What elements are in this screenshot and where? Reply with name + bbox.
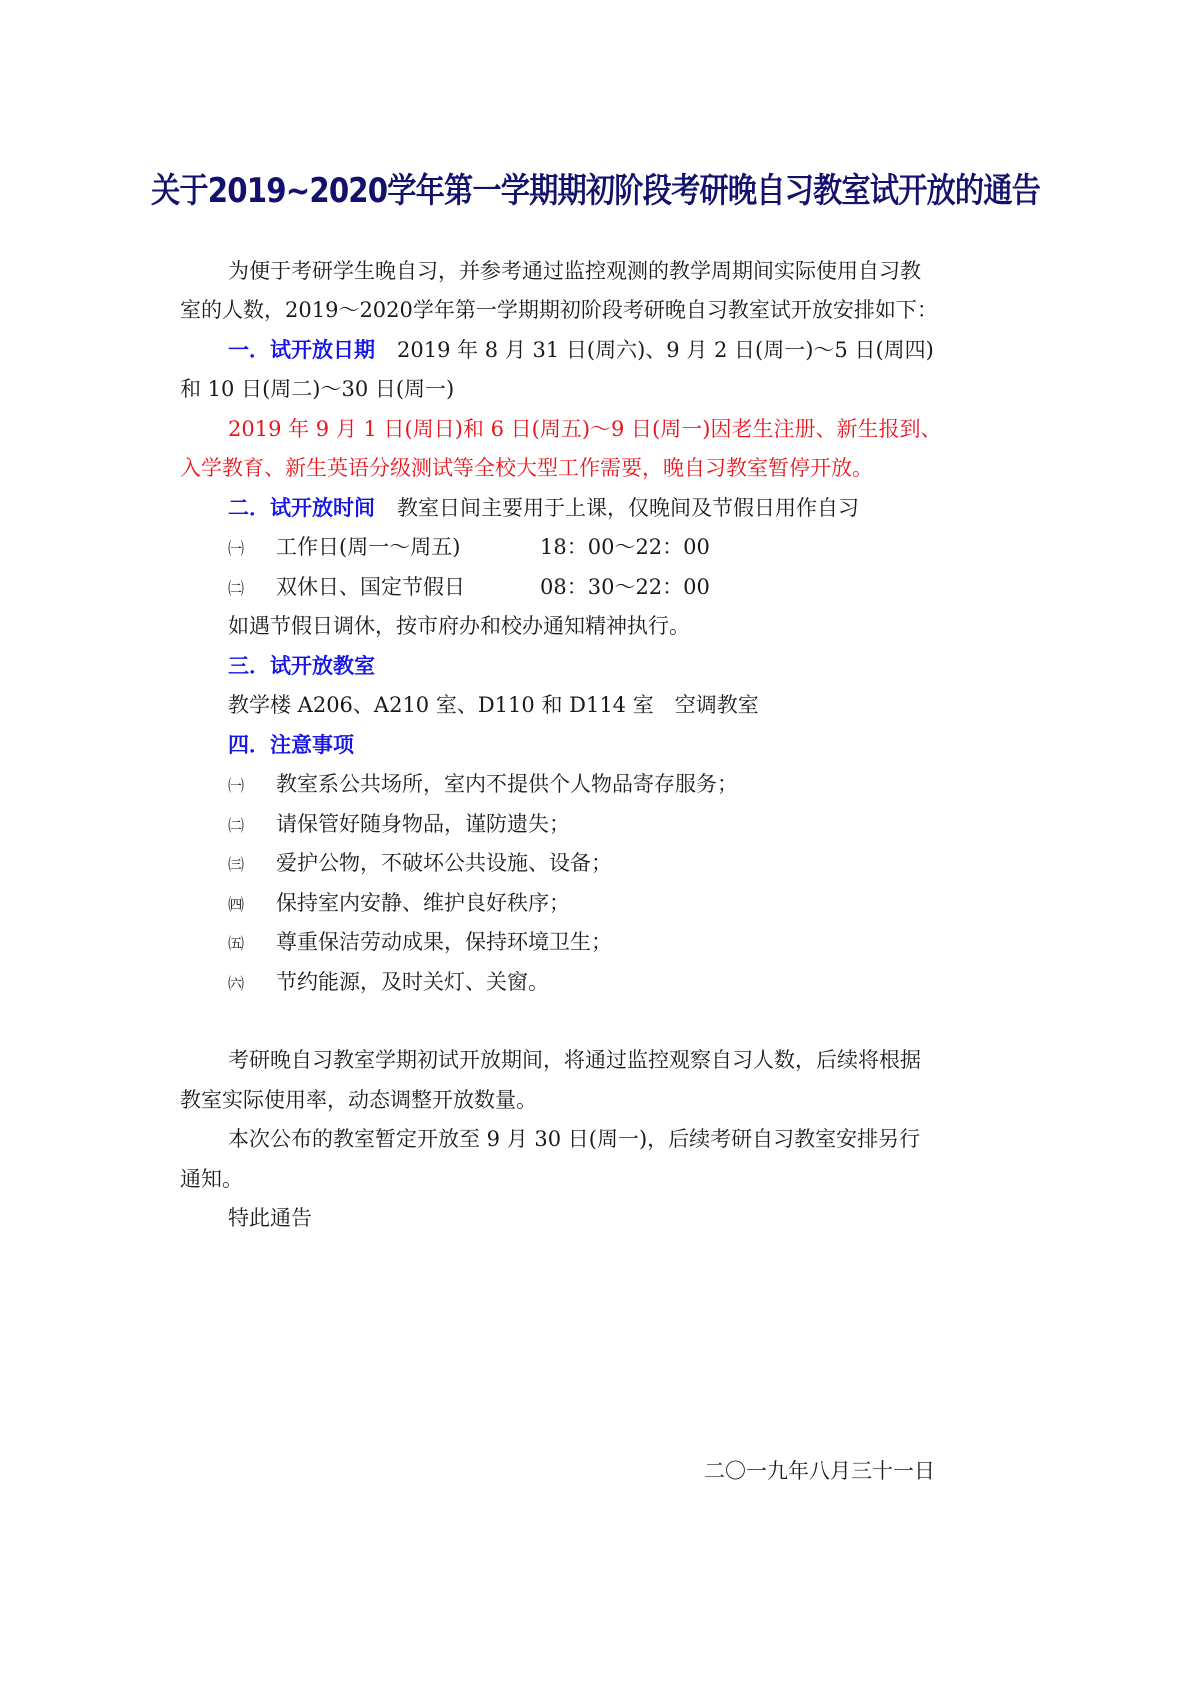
closing-para-3: 特此通告	[228, 1203, 312, 1233]
item-number: ㈡	[228, 811, 276, 841]
schedule-label: 工作日(周一～周五)	[276, 535, 460, 559]
section-1-line: 一．试开放日期2019 年 8 月 31 日(周六)、9 月 2 日(周一)～5…	[228, 335, 934, 365]
rule-text: 爱护公物，不破坏公共设施、设备；	[276, 851, 612, 875]
schedule-time: 08：30～22：00	[540, 572, 710, 602]
rule-item: ㈡请保管好随身物品，谨防遗失；	[228, 809, 570, 841]
document-title: 关于2019~2020学年第一学期期初阶段考研晚自习教室试开放的通告	[83, 163, 1107, 212]
item-number: ㈡	[228, 574, 276, 604]
notice-page: 关于2019~2020学年第一学期期初阶段考研晚自习教室试开放的通告 为便于考研…	[0, 0, 1191, 1684]
suspension-notice-line-1: 2019 年 9 月 1 日(周日)和 6 日(周五)～9 日(周一)因老生注册…	[228, 414, 941, 444]
rule-item: ㈥节约能源，及时关灯、关窗。	[228, 967, 549, 999]
section-1-dates: 2019 年 8 月 31 日(周六)、9 月 2 日(周一)～5 日(周四)	[397, 338, 934, 362]
item-number: ㈤	[228, 929, 276, 959]
rule-item: ㈤尊重保洁劳动成果，保持环境卫生；	[228, 927, 612, 959]
issue-date: 二〇一九年八月三十一日	[704, 1456, 935, 1486]
schedule-item-2: ㈡双休日、国定节假日 08：30～22：00	[228, 572, 828, 604]
rule-item: ㈢爱护公物，不破坏公共设施、设备；	[228, 848, 612, 880]
schedule-item-1: ㈠工作日(周一～周五) 18：00～22：00	[228, 532, 828, 564]
rule-text: 教室系公共场所，室内不提供个人物品寄存服务；	[276, 772, 738, 796]
closing-para-1-line-2: 教室实际使用率，动态调整开放数量。	[180, 1085, 537, 1115]
section-2-text: 教室日间主要用于上课，仅晚间及节假日用作自习	[397, 496, 859, 520]
rule-text: 尊重保洁劳动成果，保持环境卫生；	[276, 930, 612, 954]
item-number: ㈥	[228, 969, 276, 999]
rule-text: 请保管好随身物品，谨防遗失；	[276, 812, 570, 836]
item-number: ㈣	[228, 890, 276, 920]
section-2-line: 二．试开放时间教室日间主要用于上课，仅晚间及节假日用作自习	[228, 493, 859, 523]
section-2-heading: 二．试开放时间	[228, 496, 375, 520]
section-1-heading: 一．试开放日期	[228, 338, 375, 362]
rule-item: ㈠教室系公共场所，室内不提供个人物品寄存服务；	[228, 769, 738, 801]
intro-line-2: 室的人数，2019～2020学年第一学期期初阶段考研晚自习教室试开放安排如下：	[180, 295, 938, 325]
section-4-heading: 四．注意事项	[228, 730, 354, 760]
item-number: ㈠	[228, 771, 276, 801]
closing-para-1-line-1: 考研晚自习教室学期初试开放期间，将通过监控观察自习人数，后续将根据	[228, 1045, 921, 1075]
schedule-label: 双休日、国定节假日	[276, 575, 465, 599]
classroom-list: 教学楼 A206、A210 室、D110 和 D114 室 空调教室	[228, 690, 759, 720]
closing-para-2-line-1: 本次公布的教室暂定开放至 9 月 30 日(周一)，后续考研自习教室安排另行	[228, 1124, 920, 1154]
holiday-note: 如遇节假日调休，按市府办和校办通知精神执行。	[228, 611, 690, 641]
item-number: ㈠	[228, 534, 276, 564]
item-number: ㈢	[228, 850, 276, 880]
schedule-time: 18：00～22：00	[540, 532, 710, 562]
section-1-dates-cont: 和 10 日(周二)～30 日(周一)	[180, 374, 454, 404]
closing-para-2-line-2: 通知。	[180, 1164, 243, 1194]
intro-line-1: 为便于考研学生晚自习，并参考通过监控观测的教学周期间实际使用自习教	[228, 256, 921, 286]
rule-text: 节约能源，及时关灯、关窗。	[276, 970, 549, 994]
rule-item: ㈣保持室内安静、维护良好秩序；	[228, 888, 570, 920]
section-3-heading: 三．试开放教室	[228, 651, 375, 681]
rule-text: 保持室内安静、维护良好秩序；	[276, 891, 570, 915]
suspension-notice-line-2: 入学教育、新生英语分级测试等全校大型工作需要，晚自习教室暂停开放。	[180, 453, 873, 483]
